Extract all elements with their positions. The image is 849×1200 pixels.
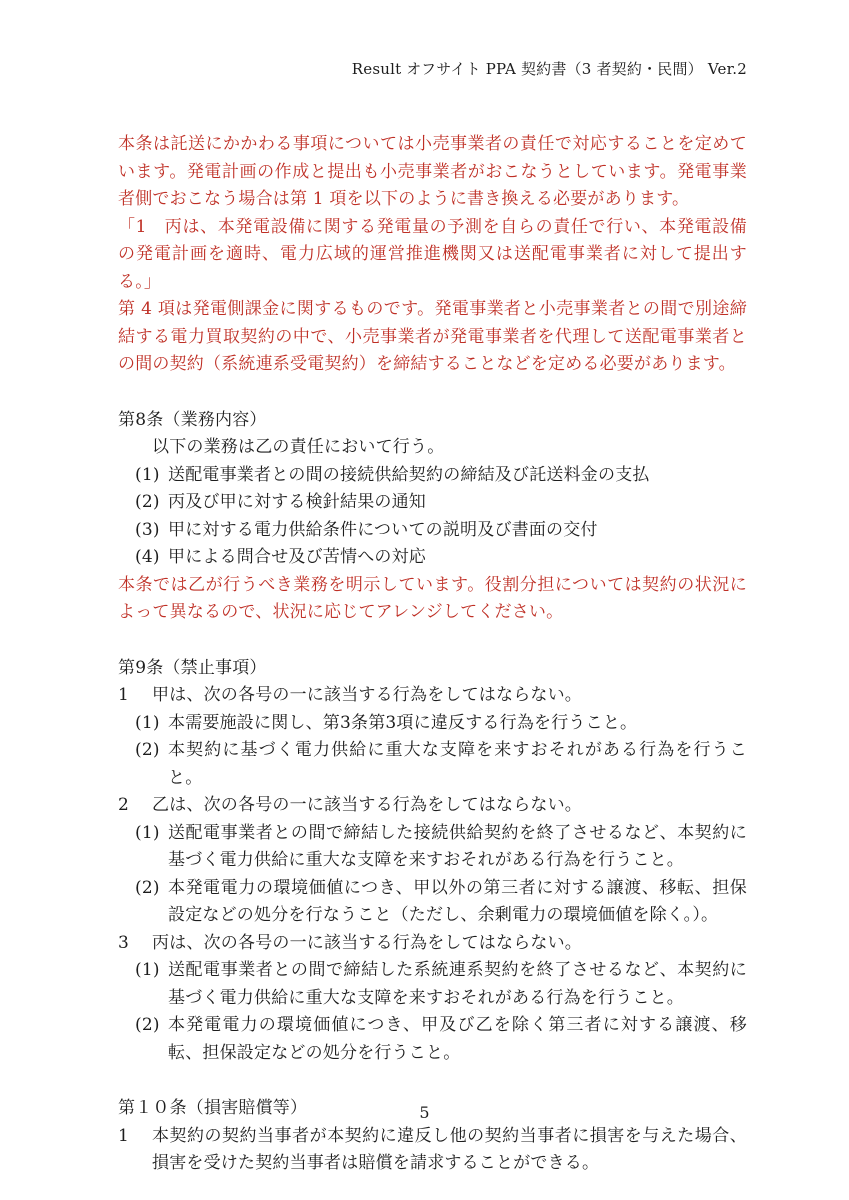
- clause-number: 2: [118, 792, 152, 820]
- item-text: 本発電電力の環境価値につき、甲及び乙を除く第三者に対する譲渡、移転、担保設定など…: [168, 1012, 747, 1067]
- clause: 2 乙は、次の各号の一に該当する行為をしてはならない。: [118, 792, 747, 820]
- item-number: (2): [135, 737, 168, 792]
- item-text: 甲による問合せ及び苦情への対応: [168, 544, 747, 572]
- commentary-quote-paragraph: 「1 丙は、本発電設備に関する発電量の予測を自らの責任で行い、本発電設備の発電計…: [118, 214, 747, 297]
- document-page: Result オフサイト PPA 契約書（3 者契約・民間） Ver.2 本条は…: [0, 0, 849, 1200]
- commentary-paragraph: 第 4 項は発電側課金に関するものです。発電事業者と小売事業者との間で別途締結す…: [118, 296, 747, 379]
- clause-text: 本契約の契約当事者が本契約に違反し他の契約当事者に損害を与えた場合、損害を受けた…: [152, 1123, 747, 1178]
- document-title-header: Result オフサイト PPA 契約書（3 者契約・民間） Ver.2: [118, 58, 747, 79]
- document-content: Result オフサイト PPA 契約書（3 者契約・民間） Ver.2 本条は…: [118, 58, 747, 1178]
- clause: 1 甲は、次の各号の一に該当する行為をしてはならない。: [118, 682, 747, 710]
- item-number: (1): [135, 820, 168, 875]
- list-item: (1) 送配電事業者との間の接続供給契約の締結及び託送料金の支払: [118, 462, 747, 490]
- list-item: (4) 甲による問合せ及び苦情への対応: [118, 544, 747, 572]
- clause-number: 1: [118, 682, 152, 710]
- clause-text: 乙は、次の各号の一に該当する行為をしてはならない。: [152, 792, 747, 820]
- sub-item: (2) 本発電電力の環境価値につき、甲及び乙を除く第三者に対する譲渡、移転、担保…: [118, 1012, 747, 1067]
- article-9-heading: 第9条（禁止事項）: [118, 655, 747, 683]
- clause: 1 本契約の契約当事者が本契約に違反し他の契約当事者に損害を与えた場合、損害を受…: [118, 1123, 747, 1178]
- page-number: 5: [0, 1103, 849, 1122]
- sub-item: (1) 送配電事業者との間で締結した接続供給契約を終了させるなど、本契約に基づく…: [118, 820, 747, 875]
- commentary-paragraph: 本条は託送にかかわる事項については小売事業者の責任で対応することを定めています。…: [118, 131, 747, 214]
- item-number: (3): [135, 517, 168, 545]
- clause-text: 丙は、次の各号の一に該当する行為をしてはならない。: [152, 930, 747, 958]
- item-text: 送配電事業者との間の接続供給契約の締結及び託送料金の支払: [168, 462, 747, 490]
- item-number: (1): [135, 462, 168, 490]
- article-8-lead: 以下の業務は乙の責任において行う。: [118, 434, 747, 462]
- clause: 3 丙は、次の各号の一に該当する行為をしてはならない。: [118, 930, 747, 958]
- item-number: (1): [135, 710, 168, 738]
- item-text: 送配電事業者との間で締結した接続供給契約を終了させるなど、本契約に基づく電力供給…: [168, 820, 747, 875]
- item-number: (2): [135, 875, 168, 930]
- sub-item: (2) 本契約に基づく電力供給に重大な支障を来すおそれがある行為を行うこと。: [118, 737, 747, 792]
- sub-item: (1) 本需要施設に関し、第3条第3項に違反する行為を行うこと。: [118, 710, 747, 738]
- list-item: (3) 甲に対する電力供給条件についての説明及び書面の交付: [118, 517, 747, 545]
- item-text: 本契約に基づく電力供給に重大な支障を来すおそれがある行為を行うこと。: [168, 737, 747, 792]
- sub-item: (2) 本発電電力の環境価値につき、甲以外の第三者に対する譲渡、移転、担保設定な…: [118, 875, 747, 930]
- item-text: 甲に対する電力供給条件についての説明及び書面の交付: [168, 517, 747, 545]
- sub-item: (1) 送配電事業者との間で締結した系統連系契約を終了させるなど、本契約に基づく…: [118, 957, 747, 1012]
- item-number: (4): [135, 544, 168, 572]
- clause-number: 3: [118, 930, 152, 958]
- item-text: 丙及び甲に対する検針結果の通知: [168, 489, 747, 517]
- item-number: (2): [135, 489, 168, 517]
- article-8-heading: 第8条（業務内容）: [118, 407, 747, 435]
- item-number: (2): [135, 1012, 168, 1067]
- commentary-paragraph: 本条では乙が行うべき業務を明示しています。役割分担については契約の状況によって異…: [118, 572, 747, 627]
- item-text: 本需要施設に関し、第3条第3項に違反する行為を行うこと。: [168, 710, 747, 738]
- item-number: (1): [135, 957, 168, 1012]
- clause-number: 1: [118, 1123, 152, 1178]
- clause-text: 甲は、次の各号の一に該当する行為をしてはならない。: [152, 682, 747, 710]
- item-text: 送配電事業者との間で締結した系統連系契約を終了させるなど、本契約に基づく電力供給…: [168, 957, 747, 1012]
- list-item: (2) 丙及び甲に対する検針結果の通知: [118, 489, 747, 517]
- item-text: 本発電電力の環境価値につき、甲以外の第三者に対する譲渡、移転、担保設定などの処分…: [168, 875, 747, 930]
